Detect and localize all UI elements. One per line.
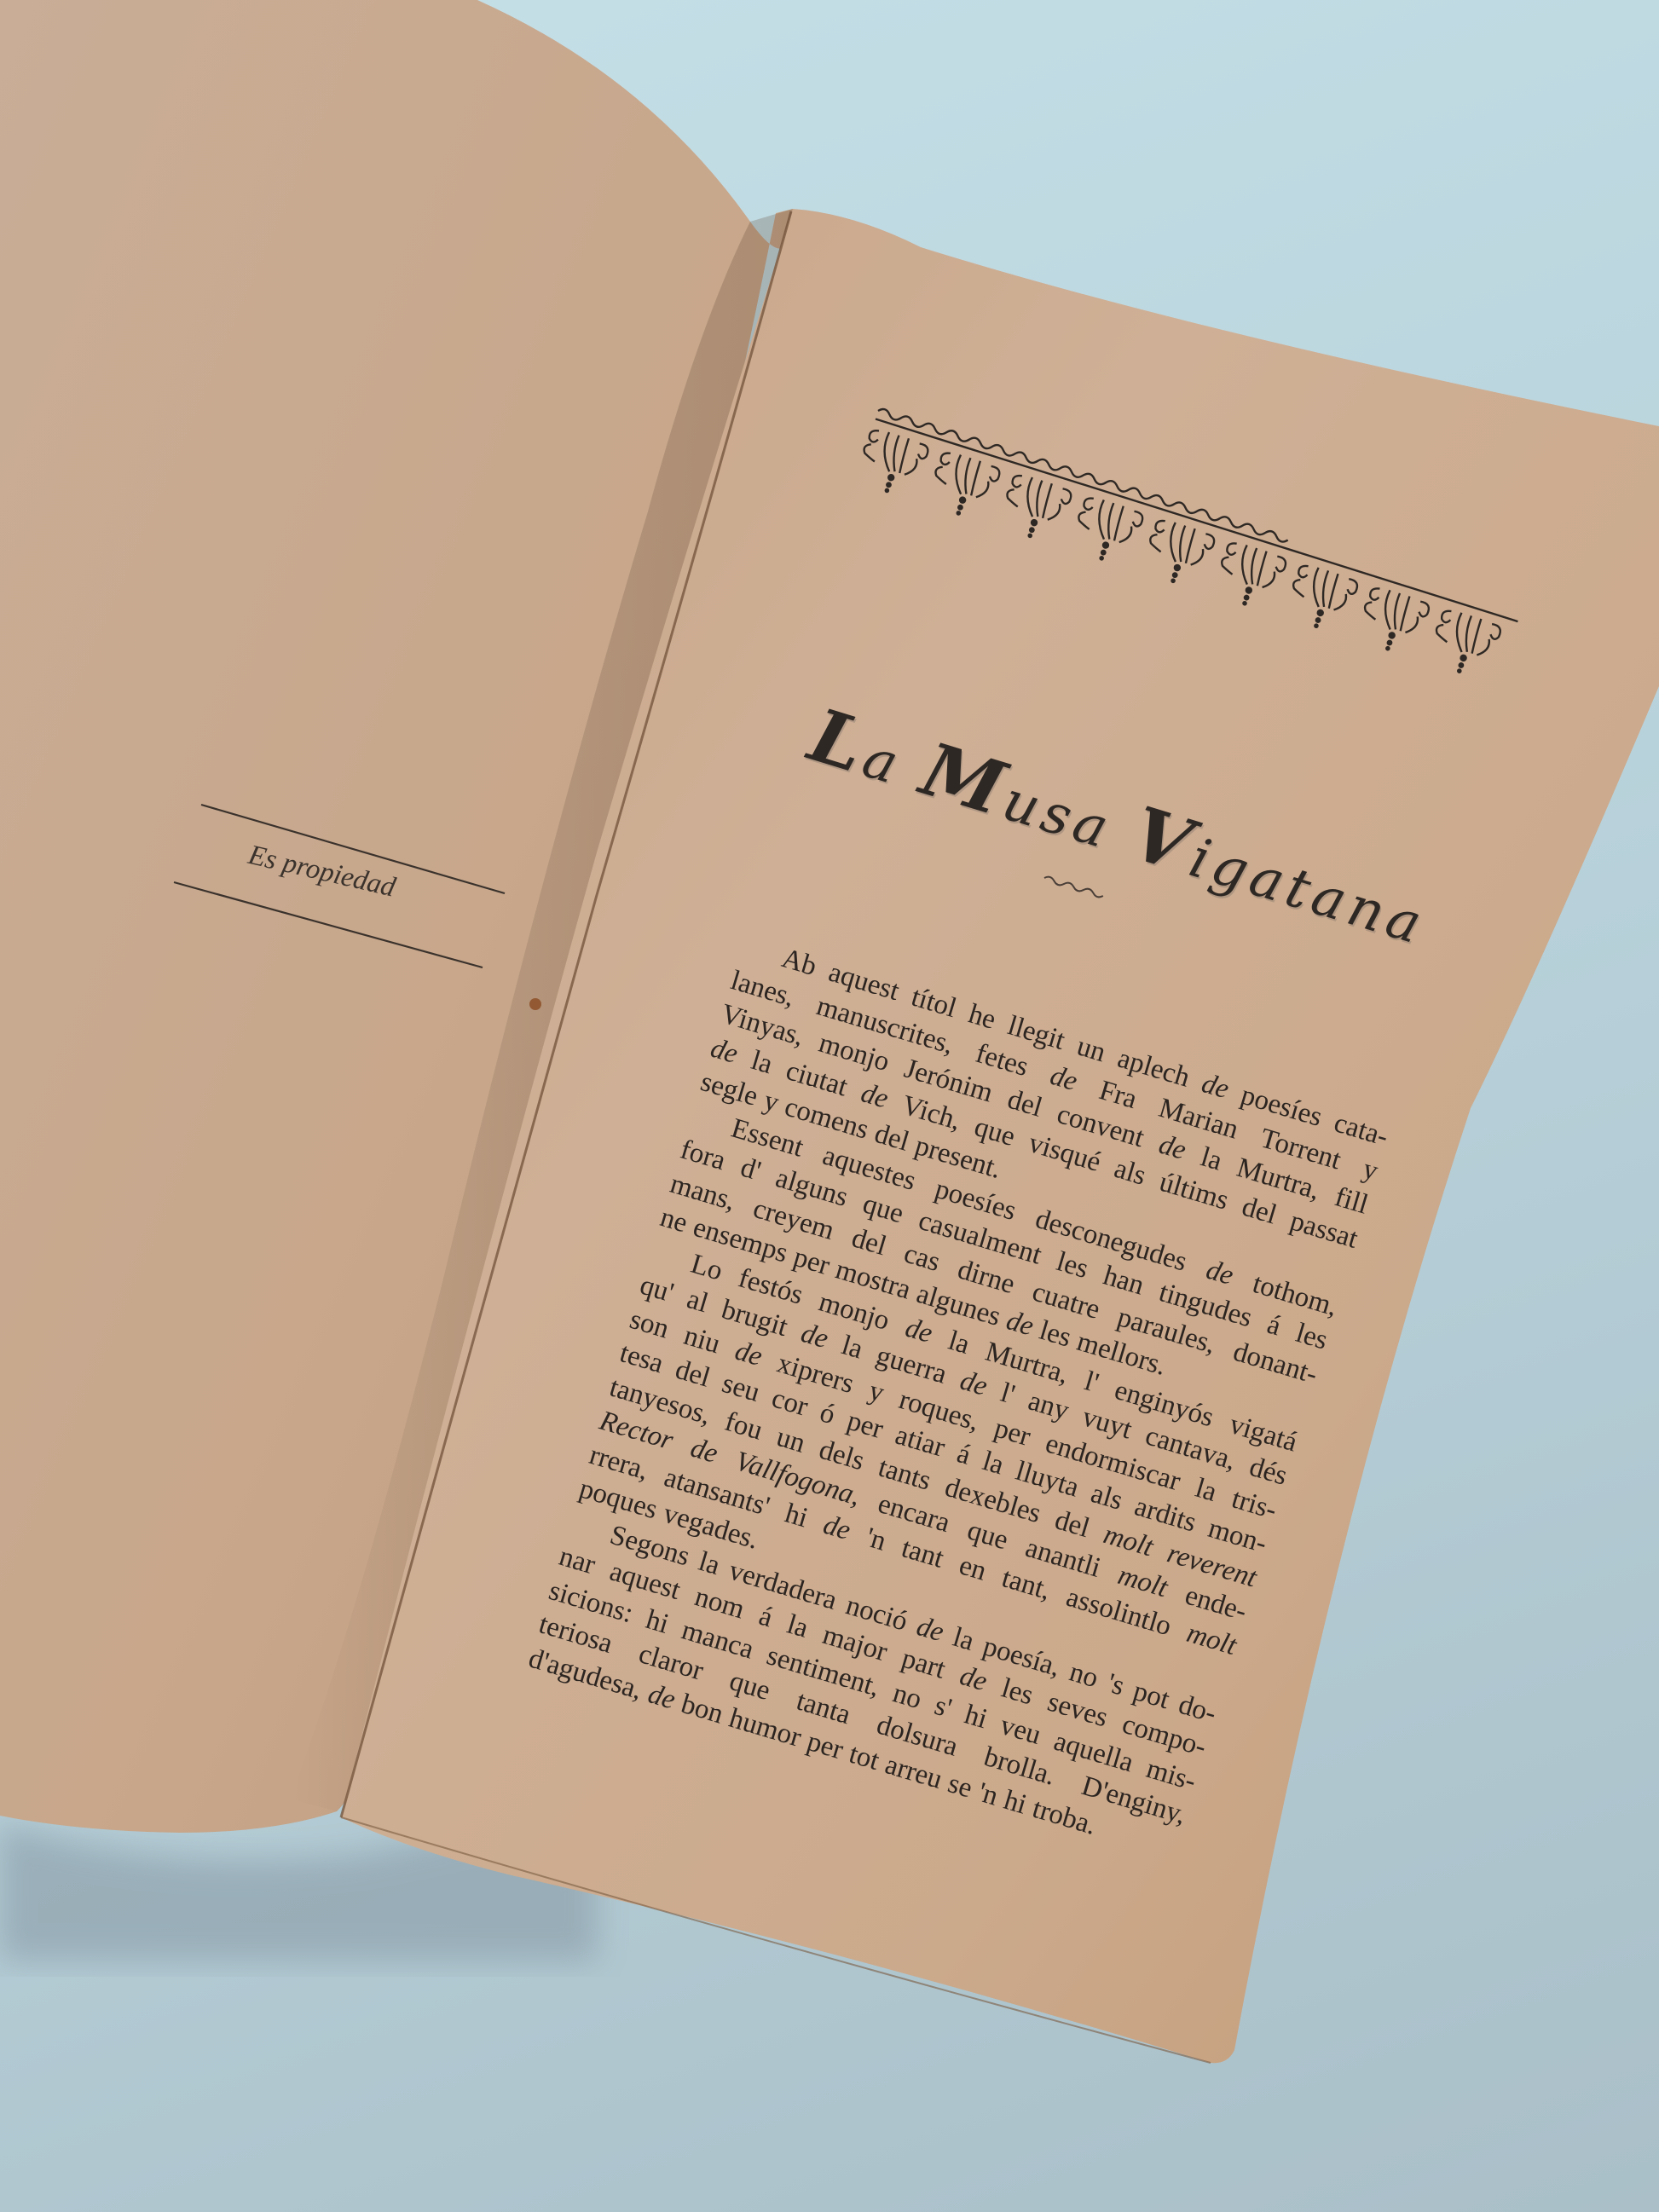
word: á	[952, 1436, 974, 1474]
word: s'	[930, 1688, 956, 1726]
word: de	[956, 1659, 991, 1701]
word: la	[783, 1608, 812, 1648]
photo-scene: Es propiedad La Musa Vigatana Abaquesttí…	[0, 0, 1659, 2212]
word: de	[644, 1677, 679, 1718]
word: hi	[781, 1496, 812, 1536]
word: ó	[816, 1395, 840, 1433]
word: la	[747, 1043, 777, 1083]
word: hi	[1000, 1782, 1031, 1822]
word: á	[754, 1599, 777, 1637]
word: la	[1191, 1470, 1221, 1510]
word: y	[864, 1373, 888, 1411]
word: en	[955, 1548, 991, 1590]
word: de	[1046, 1058, 1082, 1100]
word: se	[944, 1766, 976, 1807]
word: la	[695, 1544, 725, 1584]
word: 's	[1103, 1666, 1129, 1704]
word: al	[683, 1282, 713, 1322]
word: hi	[642, 1603, 673, 1643]
word: d'	[737, 1151, 765, 1190]
word: y	[760, 1083, 783, 1121]
word: l'	[1080, 1364, 1102, 1401]
word: de	[819, 1507, 855, 1549]
word: la	[1196, 1140, 1226, 1180]
word: á	[1263, 1308, 1285, 1345]
word: he	[964, 997, 1000, 1039]
word: 'n	[862, 1520, 890, 1559]
paper-stain	[529, 998, 541, 1010]
word: la	[837, 1328, 867, 1368]
word: 'n	[974, 1775, 1002, 1814]
word: la	[949, 1620, 979, 1660]
word: la	[944, 1323, 974, 1363]
word: de	[1154, 1128, 1190, 1170]
word: la	[978, 1444, 1008, 1484]
word: hi	[960, 1697, 991, 1737]
word: l'	[997, 1376, 1019, 1413]
